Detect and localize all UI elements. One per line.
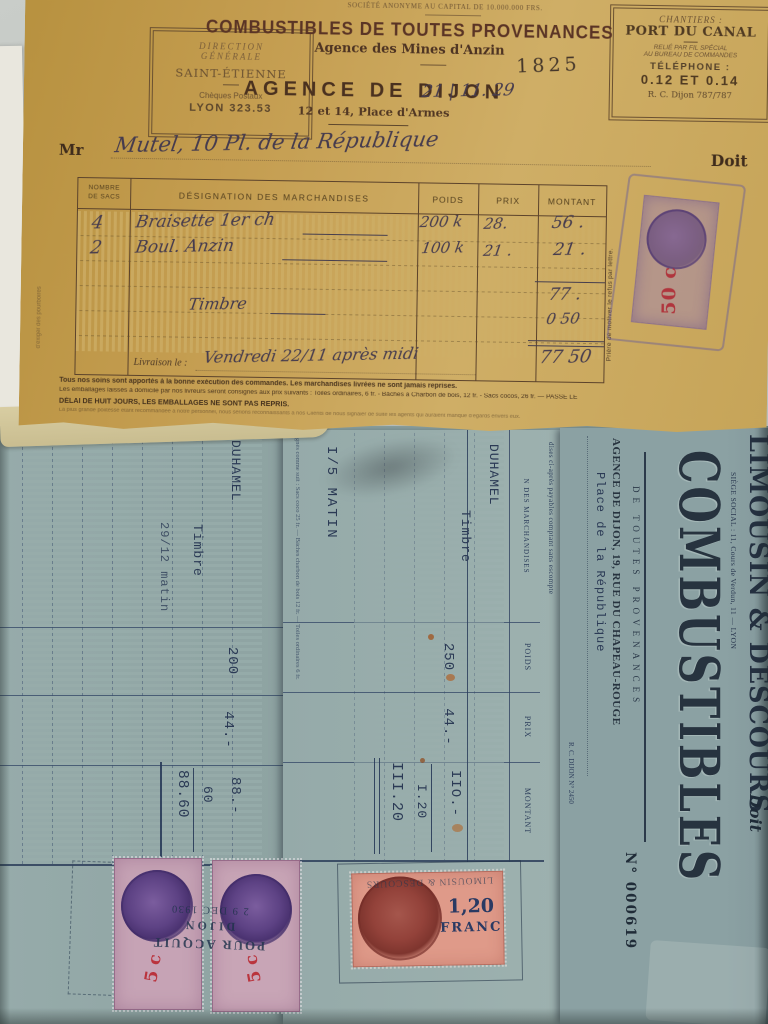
subtitle: Agence des Mines d'Anzin: [274, 40, 544, 60]
invoice-table: NOMBRE DE SACS DÉSIGNATION DES MARCHANDI…: [74, 177, 607, 383]
row-prix: 21 .: [482, 243, 513, 259]
fiscal-stamp: 50 c: [631, 195, 720, 330]
rust-spot: [446, 674, 455, 681]
small-dash: [420, 64, 446, 65]
col-prix: PRIX: [523, 692, 532, 762]
rc-number: R. C. DIJON N° 2450: [567, 742, 574, 804]
agency-line: AGENCE DE DIJON, 19, RUE DU CHAPEAU-ROUG…: [610, 438, 621, 726]
montant-value: IIO.-: [448, 770, 462, 817]
timbre-value: 60: [201, 786, 214, 804]
handwritten-date: 21 | 11. 29: [421, 82, 516, 101]
column-line: [0, 765, 286, 766]
product-title: COMBUSTIBLES: [671, 450, 726, 883]
timbre-label: Timbre: [459, 510, 472, 563]
photo-of-vintage-invoices: gnés comme suit : Sacs coco 25 fr. — Bâc…: [0, 0, 768, 1024]
col-poids: POIDS: [523, 622, 532, 692]
timbre-value: I.20: [415, 784, 428, 819]
col-designation: N DES MARCHANDISES: [522, 430, 530, 622]
edge-shadow-right: [754, 426, 768, 1024]
stamp-value: 5 c: [143, 953, 165, 984]
acquit-overprint: POUR ACQUIT DIJON 2 9 DEC 1930: [83, 900, 335, 957]
client-name: DUHAMEL: [229, 440, 242, 502]
serial-number: N° 000619: [623, 852, 637, 950]
col-poids: POIDS: [418, 194, 478, 205]
handwritten-delivery: Vendredi 22/11 après midi: [202, 346, 419, 366]
handwritten-client: Mutel, 10 Pl. de la République: [113, 129, 440, 156]
col-montant: MONTANT: [523, 762, 532, 860]
total-value: 77 50: [538, 348, 592, 367]
fiscal-stamp-single-group: 1,20 FRANC LIMOUSIN & DESCOURS: [337, 860, 521, 981]
timbre-label: Timbre: [191, 524, 204, 577]
column-line: [0, 695, 286, 696]
caption-dash: [425, 14, 481, 16]
subtotal-value: 77 .: [547, 286, 582, 304]
rc-dijon: R. C. Dijon 787/787: [613, 89, 767, 101]
payment-terms-note: dises ci-après payables comptant sans es…: [547, 442, 554, 594]
stamp-medallion: [644, 206, 710, 272]
mr-label: Mr: [59, 143, 84, 158]
stamp-value: 5 c: [243, 953, 265, 984]
client-guide-line: [111, 158, 651, 167]
stamp-medallion: [357, 876, 442, 961]
blue-header-sheet: LIMOUSIN & DESCOURS Doit SIÈGE SOCIAL : …: [560, 428, 768, 1024]
stamp-value: 1,20: [448, 897, 495, 917]
row-prix: 28.: [483, 216, 509, 232]
row-poids: 100 k: [420, 240, 465, 256]
col-montant: MONTANT: [538, 196, 606, 207]
delivery-label: Livraison le :: [133, 358, 187, 369]
product-subtitle: DE TOUTES PROVENANCES: [631, 486, 640, 707]
client-address: Place de la République: [594, 472, 606, 652]
col-prix: PRIX: [478, 195, 538, 206]
poids-value: 200: [223, 629, 240, 693]
col-designation: DÉSIGNATION DES MARCHANDISES: [130, 190, 418, 205]
total-value: 88.60: [175, 770, 190, 819]
pourboires-note: d'exiger des pourboires: [36, 198, 44, 348]
doit-label: Doit: [711, 153, 748, 169]
delivery-dotted-line: [195, 370, 475, 375]
rust-spot: [420, 758, 425, 763]
yellow-invoice: SOCIÉTÉ ANONYME AU CAPITAL DE 10.000.000…: [18, 0, 768, 448]
total-value: III.20: [389, 762, 404, 822]
rust-spot: [428, 634, 434, 640]
row-montant: 56 .: [550, 214, 585, 232]
stamp-currency: FRANC: [440, 921, 503, 935]
client-dotted-line: [587, 436, 588, 776]
row-designation: Braisette 1er ch: [134, 212, 276, 232]
col-sacs-2: DE SACS: [78, 193, 130, 201]
blue-invoices-area: gnés comme suit : Sacs coco 25 fr. — Bâc…: [0, 426, 768, 1024]
capital-caption: SOCIÉTÉ ANONYME AU CAPITAL DE 10.000.000…: [265, 0, 625, 14]
phone-numbers: 0.12 ET 0.14: [613, 71, 767, 88]
invoice-number: 1825: [516, 55, 581, 76]
box-dash: [684, 41, 698, 42]
edge-shadow-bottom: [0, 1008, 768, 1024]
row-montant: 21 .: [552, 241, 587, 259]
fiscal-stamp-pair: 5 c 5 c POUR ACQUIT DIJON 2 9 DEC 1930: [112, 856, 308, 1018]
header-underline: [509, 430, 510, 862]
timbre-label: Timbre: [187, 296, 248, 313]
row-designation: Boul. Anzin: [134, 238, 235, 257]
wire-note2: AU BUREAU DE COMMANDES: [613, 50, 767, 59]
sum-line: [193, 768, 194, 852]
prix-value: 44.-: [219, 697, 236, 763]
total-double-line: [374, 758, 380, 854]
row-poids: 200 k: [419, 214, 464, 230]
rust-spot: [452, 824, 463, 832]
sum-line: [431, 764, 432, 852]
section-line: [467, 430, 468, 862]
client-name: DUHAMEL: [487, 444, 500, 506]
edge-shadow-left: [0, 426, 10, 1024]
purple-stamp-group: 50 c: [609, 173, 744, 352]
montant-value: 88.-: [228, 777, 242, 815]
delivery-date: 29/12 matin: [158, 522, 170, 612]
stamp-value: 50 c: [660, 266, 680, 315]
col-sacs-1: NOMBRE: [78, 184, 130, 192]
header-rule: [644, 452, 646, 842]
timbre-value: 0 50: [545, 311, 581, 327]
prix-value: 44.-: [439, 694, 456, 760]
total-line: [160, 762, 162, 857]
column-line: [0, 627, 286, 628]
divider-squiggle: [328, 124, 408, 126]
